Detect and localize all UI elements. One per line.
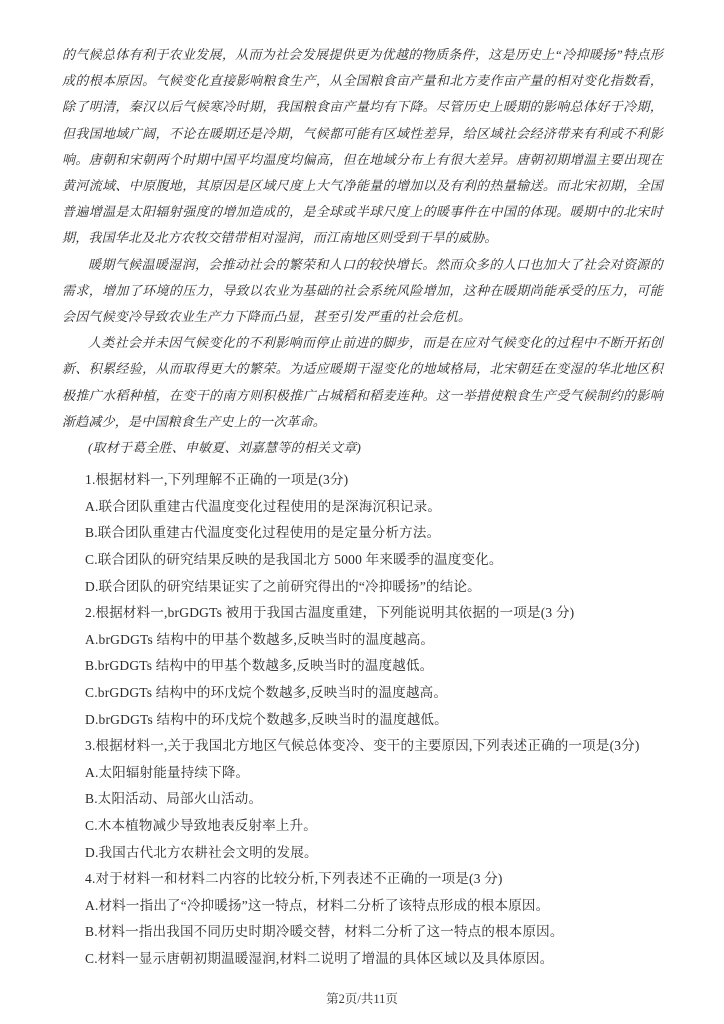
question-1-option-c: C.联合团队的研究结果反映的是我国北方 5000 年来暖季的温度变化。 <box>85 547 663 574</box>
question-4-stem: 4.对于材料一和材料二内容的比较分析,下列表述不正确的一项是(3 分) <box>85 866 663 893</box>
exam-paper-page: 的气候总体有利于农业发展，从而为社会发展提供更为优越的物质条件，这是历史上“冷抑… <box>0 0 724 1024</box>
reading-passage: 的气候总体有利于农业发展，从而为社会发展提供更为优越的物质条件，这是历史上“冷抑… <box>62 42 663 461</box>
question-1-option-a: A.联合团队重建古代温度变化过程使用的是深海沉积记录。 <box>85 494 663 521</box>
question-3-stem: 3.根据材料一,关于我国北方地区气候总体变冷、变干的主要原因,下列表述正确的一项… <box>85 733 663 760</box>
question-3-option-a: A.太阳辐射能量持续下降。 <box>85 760 663 787</box>
question-2-option-c: C.brGDGTs 结构中的环戊烷个数越多,反映当时的温度越高。 <box>85 680 663 707</box>
question-2: 2.根据材料一,brGDGTs 被用于我国古温度重建，下列能说明其依据的一项是(… <box>85 600 663 733</box>
passage-source-attribution: (取材于葛全胜、申敏夏、刘嘉慧等的相关文章) <box>62 435 663 461</box>
question-3-option-b: B.太阳活动、局部火山活动。 <box>85 786 663 813</box>
question-4-option-b: B.材料一指出我国不同历史时期冷暖交替，材料二分析了这一特点的根本原因。 <box>85 919 663 946</box>
question-2-option-d: D.brGDGTs 结构中的环戊烷个数越多,反映当时的温度越低。 <box>85 707 663 734</box>
question-1: 1.根据材料一,下列理解不正确的一项是(3分) A.联合团队重建古代温度变化过程… <box>85 467 663 600</box>
question-4-option-a: A.材料一指出了“冷抑暖扬”这一特点，材料二分析了该特点形成的根本原因。 <box>85 893 663 920</box>
page-content: 的气候总体有利于农业发展，从而为社会发展提供更为优越的物质条件，这是历史上“冷抑… <box>62 42 663 973</box>
question-4: 4.对于材料一和材料二内容的比较分析,下列表述不正确的一项是(3 分) A.材料… <box>85 866 663 972</box>
question-2-option-a: A.brGDGTs 结构中的甲基个数越多,反映当时的温度越高。 <box>85 627 663 654</box>
passage-paragraph-1: 的气候总体有利于农业发展，从而为社会发展提供更为优越的物质条件，这是历史上“冷抑… <box>62 42 663 252</box>
question-2-option-b: B.brGDGTs 结构中的甲基个数越多,反映当时的温度越低。 <box>85 653 663 680</box>
question-1-stem: 1.根据材料一,下列理解不正确的一项是(3分) <box>85 467 663 494</box>
question-4-option-c: C.材料一显示唐朝初期温暖湿润,材料二说明了增温的具体区域以及具体原因。 <box>85 946 663 973</box>
passage-paragraph-2: 暖期气候温暖湿润，会推动社会的繁荣和人口的较快增长。然而众多的人口也加大了社会对… <box>62 252 663 331</box>
question-3-option-d: D.我国古代北方农耕社会文明的发展。 <box>85 840 663 867</box>
questions-section: 1.根据材料一,下列理解不正确的一项是(3分) A.联合团队重建古代温度变化过程… <box>85 467 663 972</box>
question-1-option-b: B.联合团队重建古代温度变化过程使用的是定量分析方法。 <box>85 520 663 547</box>
question-3: 3.根据材料一,关于我国北方地区气候总体变冷、变干的主要原因,下列表述正确的一项… <box>85 733 663 866</box>
page-number-footer: 第2页/共11页 <box>0 989 724 1007</box>
question-3-option-c: C.木本植物减少导致地表反射率上升。 <box>85 813 663 840</box>
question-1-option-d: D.联合团队的研究结果证实了之前研究得出的“冷抑暖扬”的结论。 <box>85 574 663 601</box>
question-2-stem: 2.根据材料一,brGDGTs 被用于我国古温度重建，下列能说明其依据的一项是(… <box>85 600 663 627</box>
passage-paragraph-3: 人类社会并未因气候变化的不利影响而停止前进的脚步，而是在应对气候变化的过程中不断… <box>62 330 663 435</box>
